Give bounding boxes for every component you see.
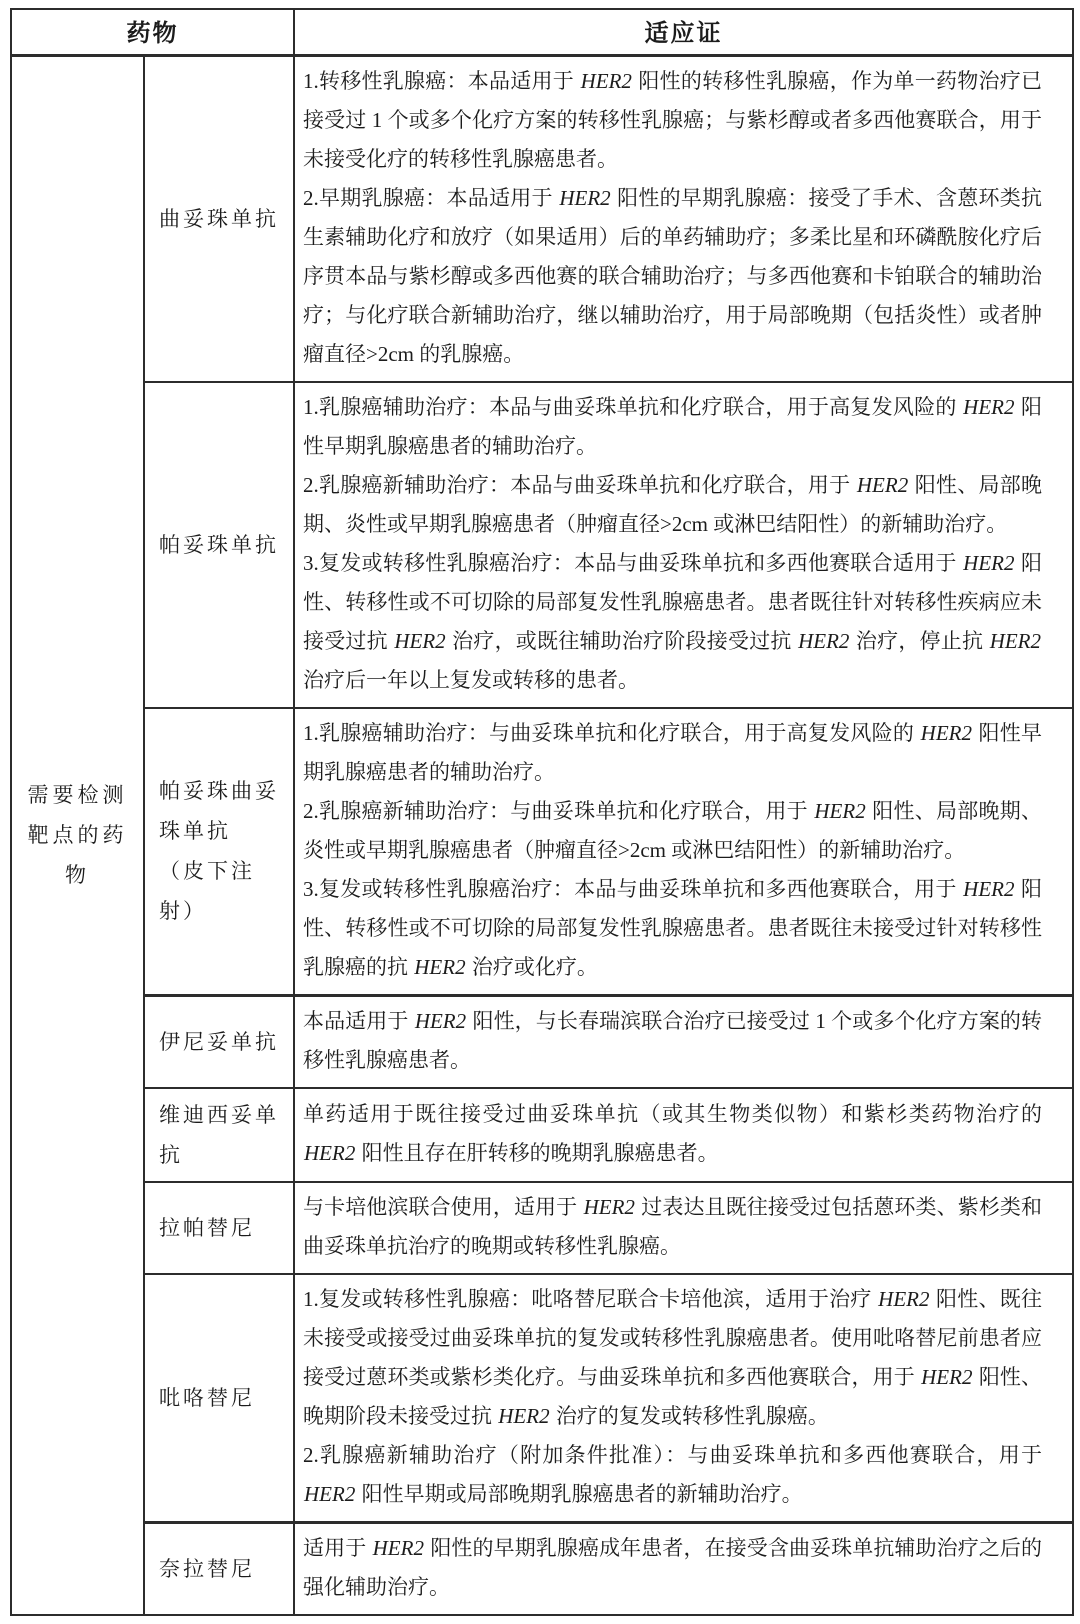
drug-column-header: 药物 <box>11 9 294 55</box>
drug-name-cell: 奈拉替尼 <box>144 1522 294 1615</box>
table-row: 拉帕替尼 与卡培他滨联合使用，适用于 HER2 过表达且既往接受过包括蒽环类、紫… <box>11 1182 1073 1274</box>
indication-cell: 1.转移性乳腺癌：本品适用于 HER2 阳性的转移性乳腺癌，作为单一药物治疗已接… <box>294 55 1073 382</box>
indication-cell: 适用于 HER2 阳性的早期乳腺癌成年患者，在接受含曲妥珠单抗辅助治疗之后的强化… <box>294 1522 1073 1615</box>
indication-column-header: 适应证 <box>294 9 1073 55</box>
document-page: 药物 适应证 需要检测靶点的药物 曲妥珠单抗 1.转移性乳腺癌：本品适用于 HE… <box>0 0 1080 1624</box>
category-cell: 需要检测靶点的药物 <box>11 55 144 1615</box>
table-row: 帕妥珠曲妥珠单抗 （皮下注射） 1.乳腺癌辅助治疗：与曲妥珠单抗和化疗联合，用于… <box>11 708 1073 996</box>
indication-cell: 1.乳腺癌辅助治疗：与曲妥珠单抗和化疗联合，用于高复发风险的 HER2 阳性早期… <box>294 708 1073 996</box>
drug-name-cell: 曲妥珠单抗 <box>144 55 294 382</box>
drug-name-cell: 维迪西妥单抗 <box>144 1088 294 1182</box>
table-row: 伊尼妥单抗 本品适用于 HER2 阳性，与长春瑞滨联合治疗已接受过 1 个或多个… <box>11 995 1073 1088</box>
drug-name-cell: 拉帕替尼 <box>144 1182 294 1274</box>
drug-name-cell: 吡咯替尼 <box>144 1274 294 1523</box>
drug-name-cell: 伊尼妥单抗 <box>144 995 294 1088</box>
table-row: 奈拉替尼 适用于 HER2 阳性的早期乳腺癌成年患者，在接受含曲妥珠单抗辅助治疗… <box>11 1522 1073 1615</box>
indication-cell: 与卡培他滨联合使用，适用于 HER2 过表达且既往接受过包括蒽环类、紫杉类和曲妥… <box>294 1182 1073 1274</box>
indication-cell: 1.复发或转移性乳腺癌：吡咯替尼联合卡培他滨，适用于治疗 HER2 阳性、既往未… <box>294 1274 1073 1523</box>
indication-cell: 本品适用于 HER2 阳性，与长春瑞滨联合治疗已接受过 1 个或多个化疗方案的转… <box>294 995 1073 1088</box>
table-row: 维迪西妥单抗 单药适用于既往接受过曲妥珠单抗（或其生物类似物）和紫杉类药物治疗的… <box>11 1088 1073 1182</box>
table-row: 吡咯替尼 1.复发或转移性乳腺癌：吡咯替尼联合卡培他滨，适用于治疗 HER2 阳… <box>11 1274 1073 1523</box>
table-row: 帕妥珠单抗 1.乳腺癌辅助治疗：本品与曲妥珠单抗和化疗联合，用于高复发风险的 H… <box>11 382 1073 708</box>
drug-indication-table: 药物 适应证 需要检测靶点的药物 曲妥珠单抗 1.转移性乳腺癌：本品适用于 HE… <box>10 8 1074 1616</box>
header-row: 药物 适应证 <box>11 9 1073 55</box>
table-row: 需要检测靶点的药物 曲妥珠单抗 1.转移性乳腺癌：本品适用于 HER2 阳性的转… <box>11 55 1073 382</box>
drug-name-cell: 帕妥珠单抗 <box>144 382 294 708</box>
indication-cell: 单药适用于既往接受过曲妥珠单抗（或其生物类似物）和紫杉类药物治疗的 HER2 阳… <box>294 1088 1073 1182</box>
indication-cell: 1.乳腺癌辅助治疗：本品与曲妥珠单抗和化疗联合，用于高复发风险的 HER2 阳性… <box>294 382 1073 708</box>
drug-name-cell: 帕妥珠曲妥珠单抗 （皮下注射） <box>144 708 294 996</box>
